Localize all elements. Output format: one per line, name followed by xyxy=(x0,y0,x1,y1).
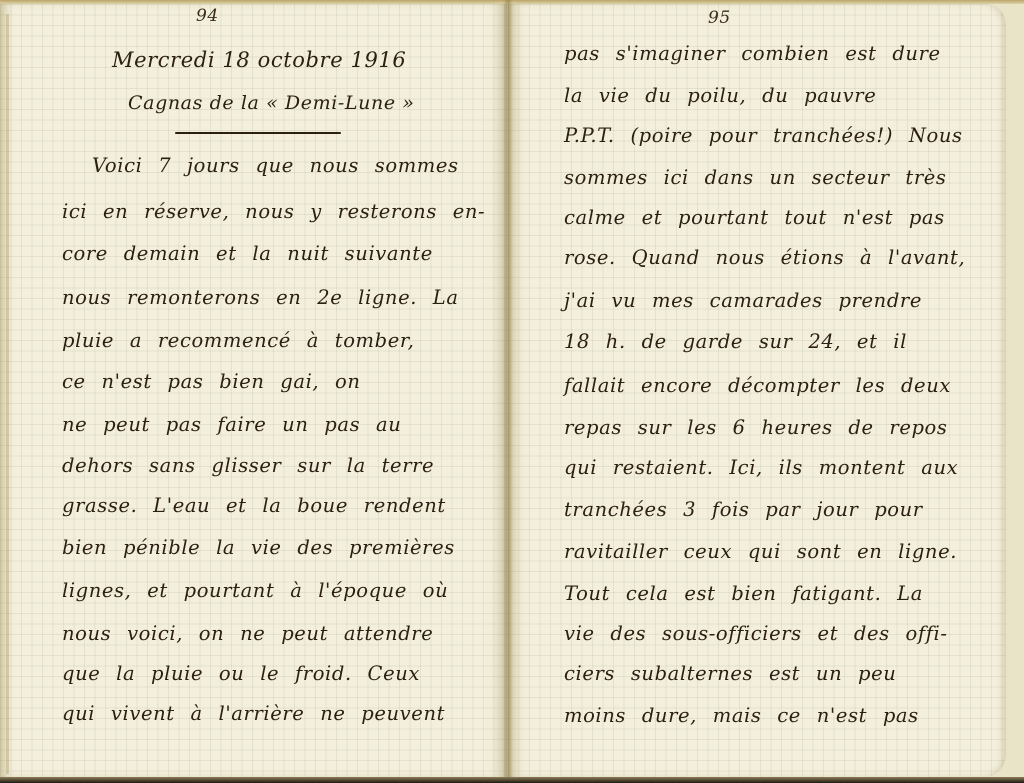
left-line-4: nous remonterons en 2e ligne. La xyxy=(62,286,459,309)
left-page-fold xyxy=(6,14,9,774)
right-page: 95 pas s'imaginer combien est dure la vi… xyxy=(508,4,1006,777)
page-stack-edge xyxy=(1004,0,1024,783)
right-line-15: vie des sous-officiers et des offi- xyxy=(564,622,948,645)
left-line-5: pluie a recommencé à tomber, xyxy=(62,329,414,352)
left-line-11: lignes, et pourtant à l'époque où xyxy=(62,579,448,602)
left-line-13: que la pluie ou le froid. Ceux xyxy=(62,662,420,685)
left-line-2: ici en réserve, nous y resterons en- xyxy=(62,200,485,223)
left-line-12: nous voici, on ne peut attendre xyxy=(62,622,433,645)
left-line-7: ne peut pas faire un pas au xyxy=(62,413,401,436)
right-line-10: repas sur les 6 heures de repos xyxy=(564,416,948,439)
left-line-9: grasse. L'eau et la boue rendent xyxy=(62,494,446,517)
left-line-8: dehors sans glisser sur la terre xyxy=(62,454,434,477)
right-line-7: j'ai vu mes camarades prendre xyxy=(564,289,922,312)
right-line-9: fallait encore décompter les deux xyxy=(564,374,951,397)
right-line-13: ravitailler ceux qui sont en ligne. xyxy=(564,540,957,563)
entry-location-heading: Cagnas de la « Demi-Lune » xyxy=(128,92,415,114)
left-page: 94 Mercredi 18 octobre 1916 Cagnas de la… xyxy=(0,4,507,777)
right-line-11: qui restaient. Ici, ils montent aux xyxy=(564,456,958,479)
left-line-3: core demain et la nuit suivante xyxy=(62,242,433,265)
book-gutter xyxy=(503,0,513,783)
right-line-5: calme et pourtant tout n'est pas xyxy=(564,206,945,229)
entry-date-heading: Mercredi 18 octobre 1916 xyxy=(112,48,406,72)
left-line-10: bien pénible la vie des premières xyxy=(62,536,455,559)
right-line-12: tranchées 3 fois par jour pour xyxy=(564,498,923,521)
left-line-6: ce n'est pas bien gai, on xyxy=(62,370,361,393)
right-line-1: pas s'imaginer combien est dure xyxy=(564,42,941,65)
right-line-17: moins dure, mais ce n'est pas xyxy=(564,704,919,727)
right-line-2: la vie du poilu, du pauvre xyxy=(564,84,876,107)
right-line-3: P.P.T. (poire pour tranchées!) Nous xyxy=(564,124,963,147)
left-line-1: Voici 7 jours que nous sommes xyxy=(92,154,459,177)
right-line-14: Tout cela est bien fatigant. La xyxy=(564,582,923,605)
left-line-14: qui vivent à l'arrière ne peuvent xyxy=(62,702,445,725)
right-line-16: ciers subalternes est un peu xyxy=(564,662,896,685)
notebook-spread: 94 Mercredi 18 octobre 1916 Cagnas de la… xyxy=(0,0,1024,783)
right-line-4: sommes ici dans un secteur très xyxy=(564,166,946,189)
right-line-6: rose. Quand nous étions à l'avant, xyxy=(564,246,965,269)
right-line-8: 18 h. de garde sur 24, et il xyxy=(564,330,907,353)
notebook-bottom-edge xyxy=(0,777,1024,783)
left-page-number: 94 xyxy=(196,6,219,26)
heading-underline xyxy=(175,132,341,134)
right-page-number: 95 xyxy=(708,8,731,28)
